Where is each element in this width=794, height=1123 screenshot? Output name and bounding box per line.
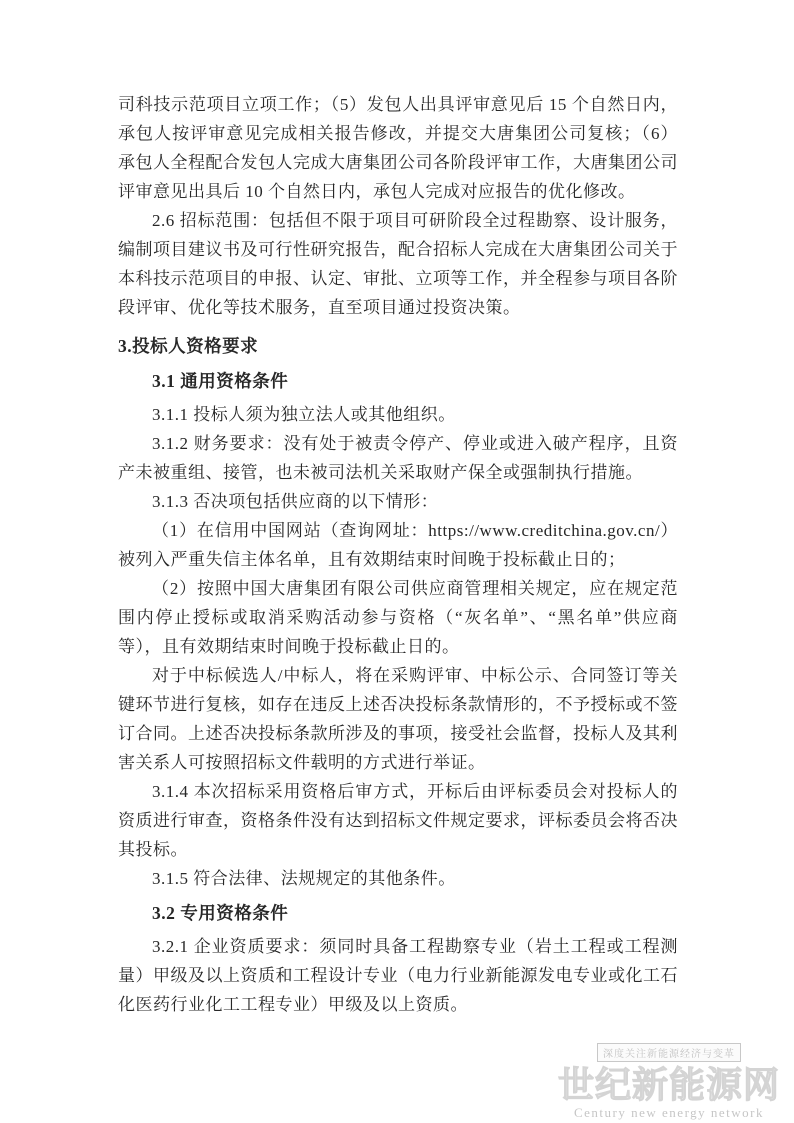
document-body: 司科技示范项目立项工作；（5）发包人出具评审意见后 15 个自然日内，承包人按评… — [118, 90, 678, 1019]
paragraph: 3.1.2 财务要求：没有处于被责令停产、停业或进入破产程序，且资产未被重组、接… — [118, 429, 678, 487]
paragraph: 2.6 招标范围：包括但不限于项目可研阶段全过程勘察、设计服务，编制项目建议书及… — [118, 206, 678, 322]
paragraph: 3.1.1 投标人须为独立法人或其他组织。 — [118, 400, 678, 429]
paragraph: 3.1.4 本次招标采用资格后审方式，开标后由评标委员会对投标人的资质进行审查，… — [118, 777, 678, 864]
section-heading: 3.投标人资格要求 — [118, 332, 678, 361]
watermark-subtitle: Century new energy network — [554, 1105, 784, 1121]
watermark: 深度关注新能源经济与变革 世纪新能源网 Century new energy n… — [554, 1043, 784, 1121]
watermark-tagline-badge: 深度关注新能源经济与变革 — [597, 1043, 741, 1062]
paragraph: （2）按照中国大唐集团有限公司供应商管理相关规定，应在规定范围内停止授标或取消采… — [118, 574, 678, 661]
paragraph: （1）在信用中国网站（查询网址：https://www.creditchina.… — [118, 516, 678, 574]
paragraph: 3.1.3 否决项包括供应商的以下情形： — [118, 487, 678, 516]
watermark-title: 世纪新能源网 — [554, 1066, 784, 1104]
paragraph: 对于中标候选人/中标人，将在采购评审、中标公示、合同签订等关键环节进行复核，如存… — [118, 661, 678, 777]
section-heading: 3.2 专用资格条件 — [118, 899, 678, 928]
page: 司科技示范项目立项工作；（5）发包人出具评审意见后 15 个自然日内，承包人按评… — [0, 0, 794, 1123]
section-heading: 3.1 通用资格条件 — [118, 367, 678, 396]
paragraph: 3.2.1 企业资质要求：须同时具备工程勘察专业（岩土工程或工程测量）甲级及以上… — [118, 932, 678, 1019]
paragraph: 司科技示范项目立项工作；（5）发包人出具评审意见后 15 个自然日内，承包人按评… — [118, 90, 678, 206]
document-page: { "page": { "background": "#ffffff", "te… — [0, 0, 794, 1123]
paragraph: 3.1.5 符合法律、法规规定的其他条件。 — [118, 864, 678, 893]
